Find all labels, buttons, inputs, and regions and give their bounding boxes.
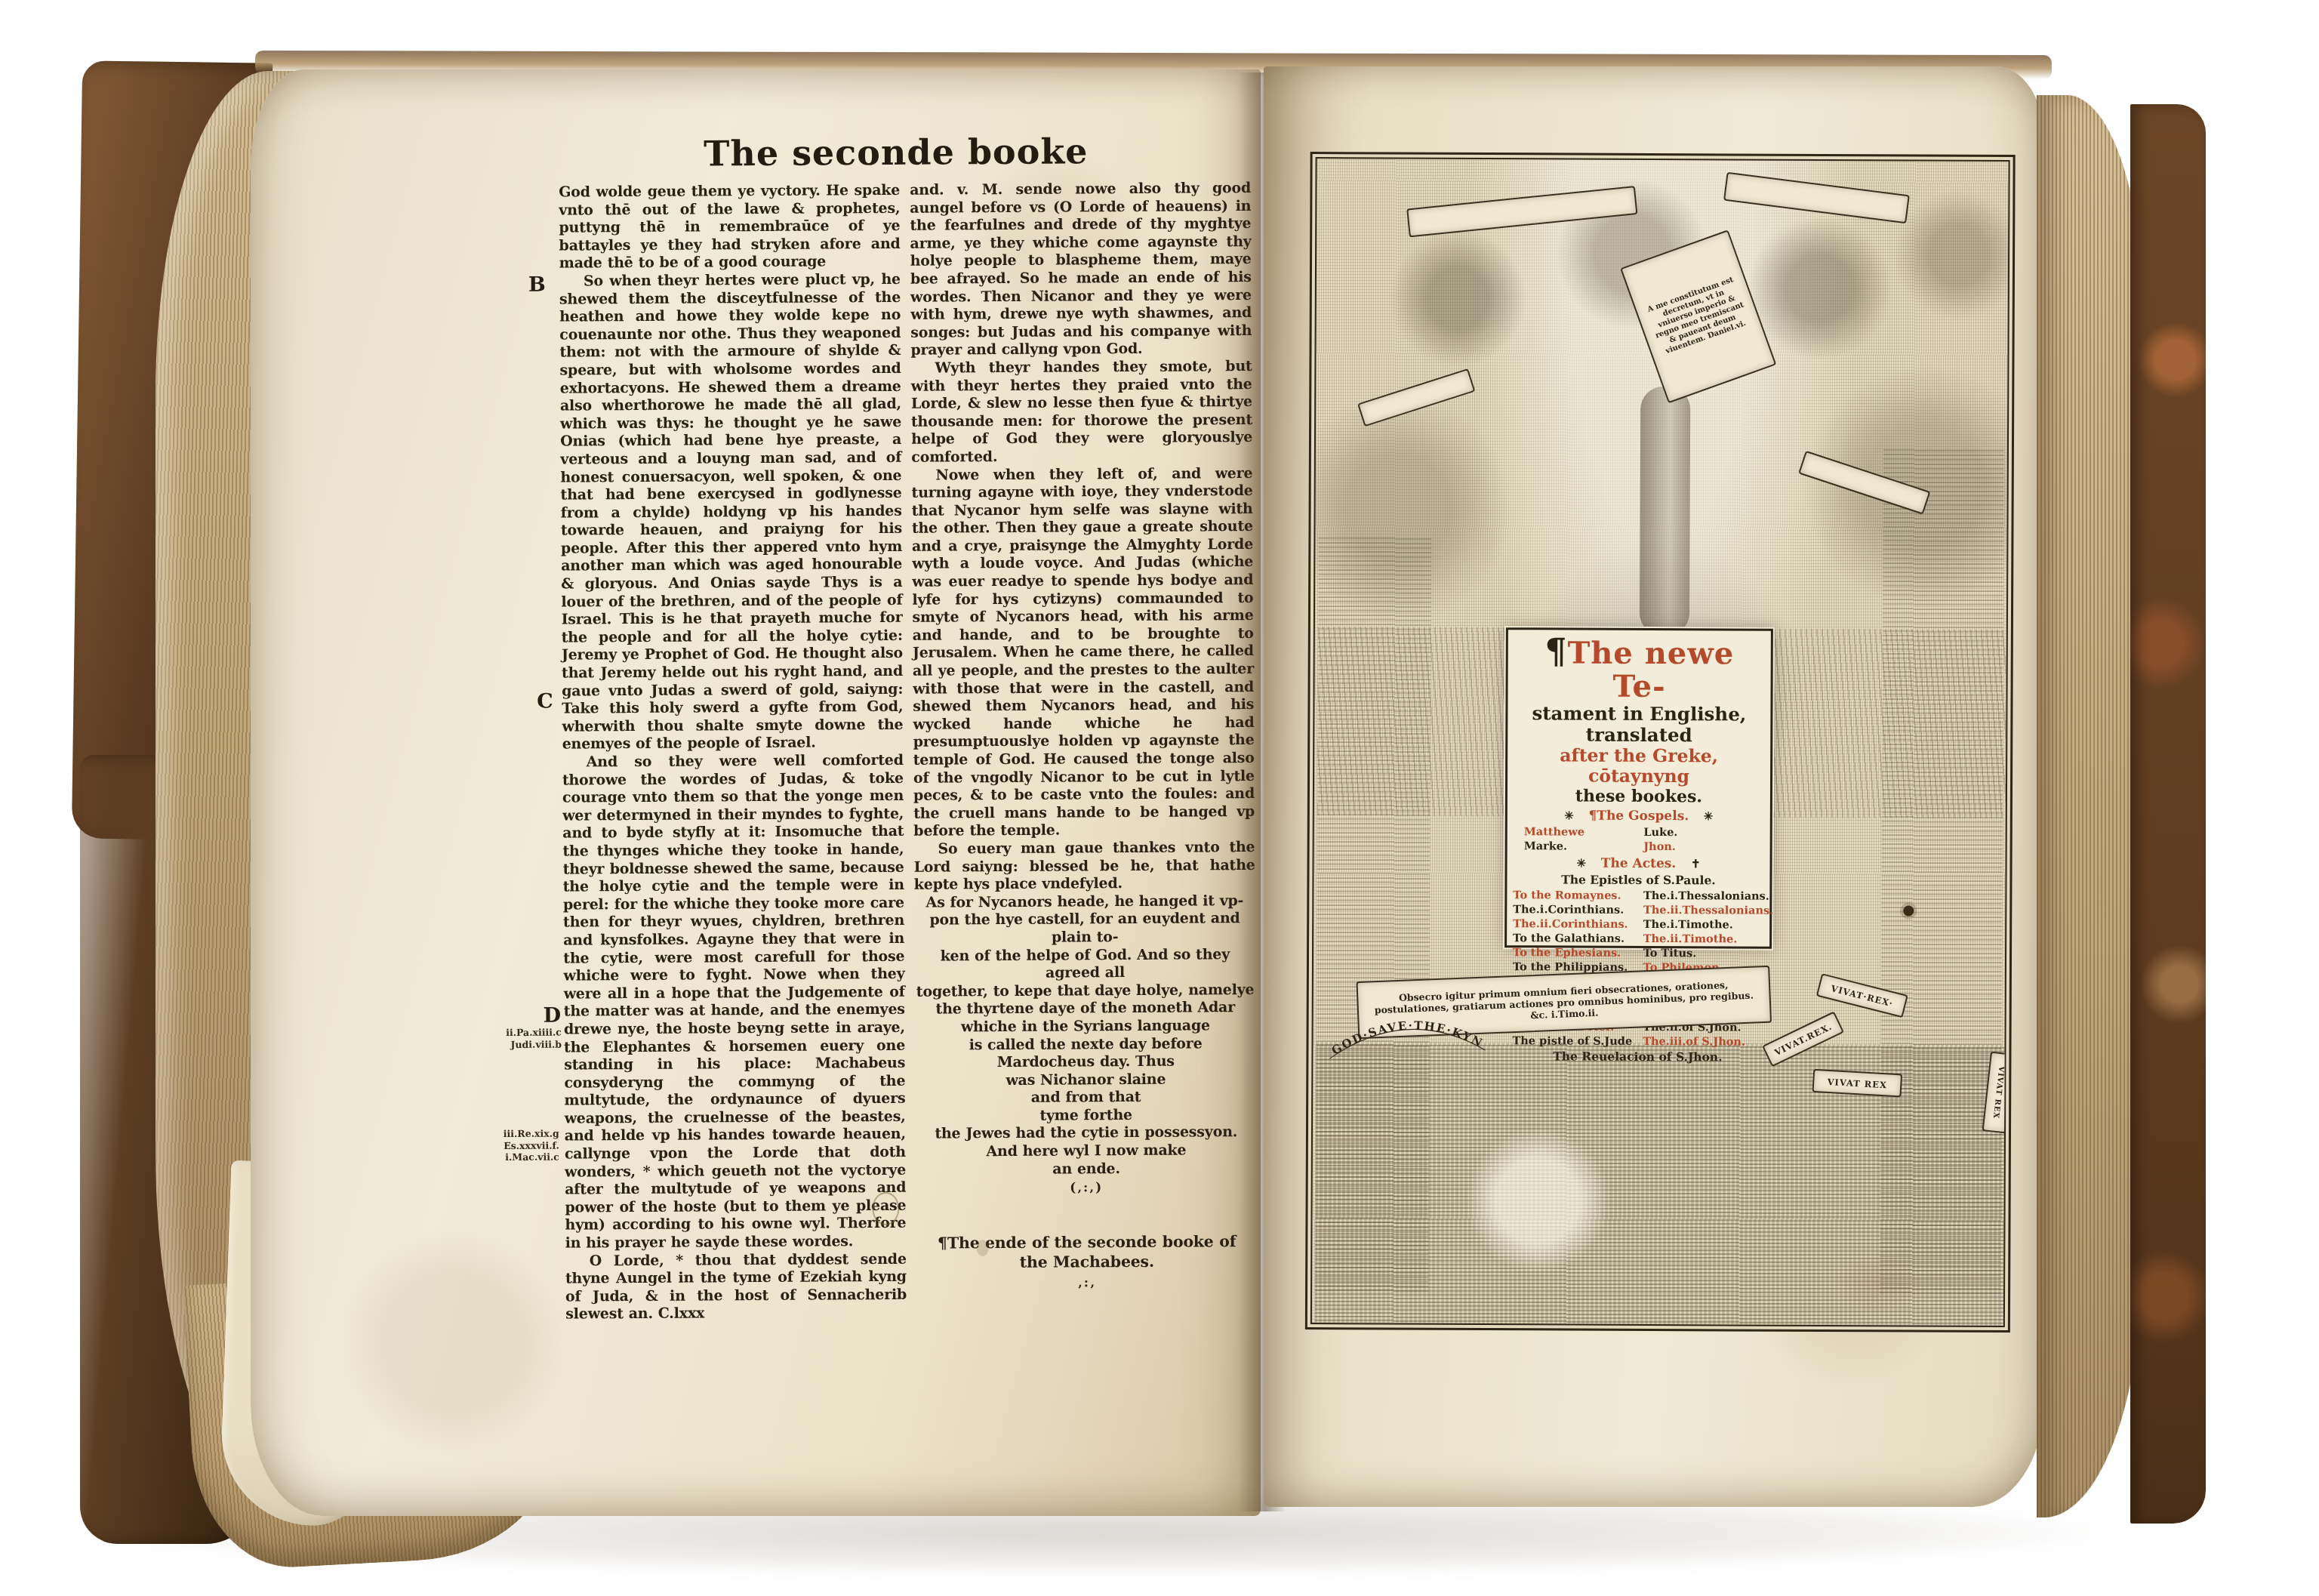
paragraph: Wyth theyr handes they smote, but with t… [911, 358, 1253, 467]
gospels-list: MattheweMarke. Luke.Jhon. [1514, 824, 1764, 854]
star-ornament: ✳ [1693, 809, 1723, 824]
pilcrow: ¶ [1544, 630, 1568, 671]
book-name: Marke. [1524, 839, 1644, 854]
taper-line: the thyrtene daye of the moneth Adar [915, 999, 1256, 1018]
title-line-4: these bookes. [1514, 786, 1764, 806]
title-line-2: stament in Englishe, translated [1514, 703, 1764, 746]
margin-reference: Es.xxxvii.f. [490, 1139, 559, 1151]
woodcut-tree [1640, 387, 1690, 636]
book-name: To Titus. [1643, 946, 1763, 961]
god-save-text: GOD·SAVE·THE·KYNGE [1320, 998, 1486, 1058]
taper-line: whiche in the Syrians language [915, 1017, 1256, 1037]
reuelacion-line: The Reuelacion of S.Jhon. [1512, 1049, 1763, 1065]
margin-letter-c: C [537, 690, 553, 713]
book-name: Jhon. [1643, 840, 1763, 855]
type-ornament: ‚:‚ [916, 1272, 1258, 1294]
margin-letter-d: D [544, 1004, 562, 1028]
margin-reference: i.Mac.vii.c [490, 1151, 559, 1163]
colophon: ¶The ende of the seconde booke of the Ma… [916, 1231, 1258, 1294]
taper-line: and from that [915, 1088, 1256, 1108]
right-page: A me constitutum est decretum, vt in vni… [1264, 66, 2044, 1507]
star-ornament: ✳ [1566, 855, 1597, 871]
right-column: and. v. M. sende nowe also thy good aung… [910, 180, 1258, 1294]
left-page: The seconde booke B C D ii.Pa.xiiii.cJud… [251, 69, 1261, 1516]
book-name: The.i.Corinthians. [1513, 902, 1643, 917]
taper-line: pon the hye castell, for an euydent and … [914, 910, 1255, 947]
taper-line: And here wyl I now make [916, 1142, 1257, 1161]
book-name: To the Romaynes. [1513, 888, 1643, 903]
book-name: To the Galathians. [1513, 931, 1643, 946]
gospels-right: Luke.Jhon. [1643, 825, 1764, 855]
paragraph: Nowe when they left of, and were turning… [911, 464, 1255, 840]
taper-line: is called the nexte day before [915, 1034, 1256, 1054]
photo-open-antique-bible: The seconde booke B C D ii.Pa.xiiii.cJud… [0, 0, 2319, 1596]
book-name: The.ii.Timothe. [1643, 932, 1763, 947]
taper-line: was Nichanor slaine [915, 1071, 1256, 1090]
margin-references-2: iii.Re.xix.gEs.xxxvii.f.i.Mac.vii.c [490, 1128, 559, 1163]
book-name: The pistle of S.Jude [1512, 1034, 1643, 1049]
taper-line: ken of the helpe of God. And so they agr… [914, 945, 1255, 983]
paragraph: God wolde geue them ye vyctory. He spake… [559, 182, 901, 273]
book-name: The.i.Thessalonians. [1643, 889, 1763, 904]
book-name: Matthewe [1524, 824, 1644, 840]
star-ornament: ✳ [1554, 808, 1584, 824]
cross-ornament: ✝ [1680, 856, 1711, 872]
taper-line: tyme forthe [916, 1106, 1257, 1126]
taper-line: As for Nycanors heade, he hanged it vp- [914, 892, 1255, 912]
actes-label: The Actes. [1601, 856, 1677, 872]
taper-line: the Jewes had the cytie in possessyon. [916, 1123, 1257, 1143]
small-stain [977, 1240, 989, 1256]
gospels-header-row: ✳ ¶The Gospels. ✳ [1514, 808, 1764, 824]
colophon-line: the Machabees. [916, 1251, 1258, 1273]
taper-line: together, to kepe that daye holye, namel… [915, 981, 1256, 1001]
book-name: The.iii.of S.Jhon. [1643, 1034, 1763, 1049]
running-title: The seconde booke [654, 131, 1138, 174]
type-ornament: (‚:‚) [916, 1179, 1257, 1198]
colophon-line: ¶The ende of the seconde booke of [916, 1231, 1258, 1253]
right-page-block-edge [2037, 95, 2142, 1517]
book-name: The.ii.Corinthians. [1513, 917, 1643, 932]
paragraph: O Lorde, * thou that dyddest sende thyne… [565, 1250, 907, 1323]
svg-text:GOD·SAVE·THE·KYNGE: GOD·SAVE·THE·KYNGE [1320, 998, 1486, 1058]
paragraph: and. v. M. sende nowe also thy good aung… [910, 180, 1252, 360]
taper-line: an ende. [916, 1160, 1257, 1179]
margin-letter-b: B [528, 273, 546, 297]
book-name: To the Ephesians. [1513, 945, 1643, 960]
god-save-the-kynge-ribbon: GOD·SAVE·THE·KYNGE [1320, 998, 1494, 1068]
left-page-content: The seconde booke B C D ii.Pa.xiiii.cJud… [246, 66, 1265, 1519]
title-panel: ¶The newe Te- stament in Englishe, trans… [1504, 627, 1773, 949]
book-name: The.i.Timothe. [1643, 917, 1763, 932]
paragraph: So when theyr hertes were pluct vp, he s… [559, 271, 904, 754]
woodcut-engraving: A me constitutum est decretum, vt in vni… [1310, 157, 2010, 1327]
left-column: God wolde geue them ye vyctory. He spake… [559, 182, 907, 1324]
epistles-header: The Epistles of S.Paule. [1513, 872, 1763, 888]
right-page-content: A me constitutum est decretum, vt in vni… [1261, 65, 2047, 1508]
margin-references-1: ii.Pa.xiiii.cJudi.viii.b [492, 1027, 562, 1051]
wormhole [1903, 905, 1914, 916]
paragraph: So euery man gaue thankes vnto the Lord … [913, 839, 1255, 895]
title-line-3: after the Greke, cōtaynyng [1514, 745, 1764, 787]
gospels-left: MattheweMarke. [1514, 824, 1644, 854]
vivat-rex-ribbon: VIVAT REX [1812, 1069, 1903, 1098]
taper-line: Mardocheus day. Thus [915, 1052, 1256, 1072]
gospels-header: ¶The Gospels. [1588, 809, 1689, 825]
paragraph: And so they were well comforted thorowe … [562, 752, 907, 1252]
tapered-ending: As for Nycanors heade, he hanged it vp-p… [914, 892, 1257, 1179]
book-name: The.ii.Thessalonians. [1643, 903, 1763, 918]
margin-reference: Judi.viii.b [492, 1038, 562, 1050]
faint-stain [1835, 1252, 1918, 1313]
title-page-woodcut-border: A me constitutum est decretum, vt in vni… [1305, 152, 2016, 1333]
book-name: Luke. [1643, 825, 1763, 840]
title-line-1: ¶The newe Te- [1514, 634, 1764, 704]
margin-reference: ii.Pa.xiiii.c [492, 1027, 562, 1039]
ink-ring-stain [872, 1192, 899, 1225]
margin-reference: iii.Re.xix.g [490, 1128, 559, 1140]
right-leather-cover [2130, 104, 2206, 1524]
actes-row: ✳ The Actes. ✝ [1514, 855, 1764, 872]
